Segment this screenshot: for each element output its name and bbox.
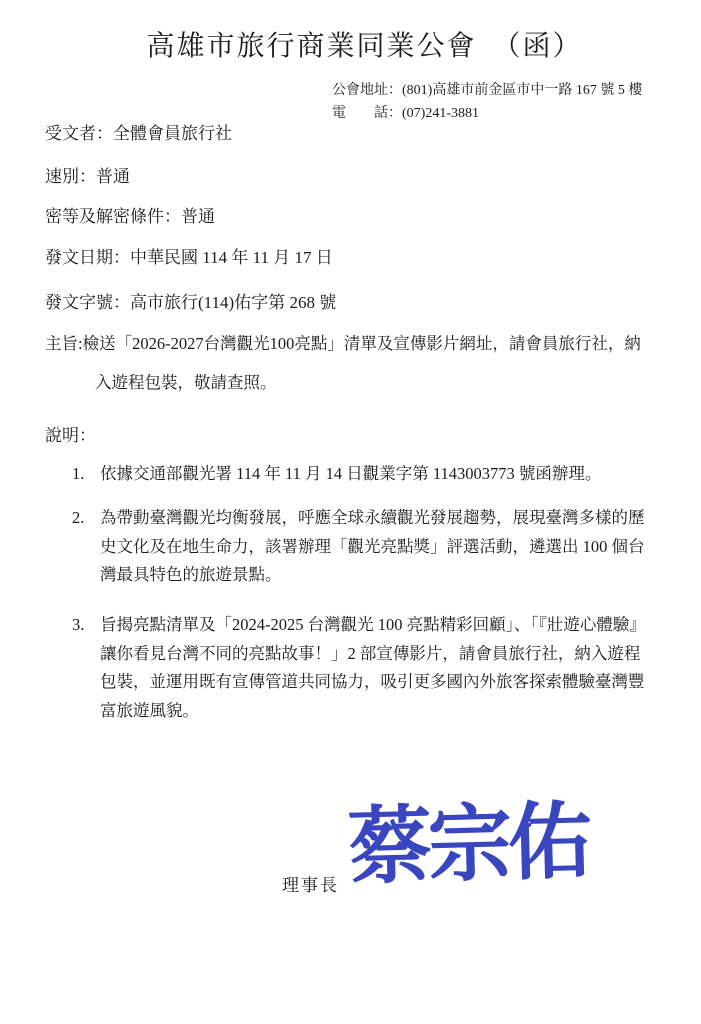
explanation-heading: 說明： [45, 421, 96, 446]
field-priority: 速別：普通 [45, 168, 130, 187]
item-number: 2. [72, 504, 100, 533]
item-line: 灣最具特色的旅遊景點。 [100, 561, 645, 590]
field-recipient: 受文者：全體會員旅行社 [45, 125, 232, 144]
item-line: 為帶動臺灣觀光均衡發展，呼應全球永續觀光發展趨勢，展現臺灣多樣的歷 [100, 504, 645, 533]
item-line: 依據交通部觀光署 114 年 11 月 14 日觀業字第 1143003773 … [100, 460, 601, 489]
signature-name: 蔡宗佑 [347, 790, 590, 901]
item-line: 富旅遊風貌。 [100, 697, 646, 726]
subject-line-1: 主旨:檢送「2026-2027台灣觀光100亮點」清單及宣傳影片網址，請會員旅行… [45, 330, 641, 354]
item-text: 為帶動臺灣觀光均衡發展，呼應全球永續觀光發展趨勢，展現臺灣多樣的歷 史文化及在地… [100, 504, 645, 590]
item-line: 讓你看見台灣不同的亮點故事！」2 部宣傳影片，請會員旅行社，納入遊程 [100, 640, 646, 669]
org-phone: 電 話：(07)241-3881 [332, 102, 642, 125]
explanation-item-3: 3. 旨揭亮點清單及「2024-2025 台灣觀光 100 亮點精彩回顧」、「『… [72, 611, 646, 725]
item-text: 依據交通部觀光署 114 年 11 月 14 日觀業字第 1143003773 … [100, 460, 601, 489]
subject-line-2: 入遊程包裝，敬請查照。 [95, 369, 277, 393]
item-text: 旨揭亮點清單及「2024-2025 台灣觀光 100 亮點精彩回顧」、「『壯遊心… [100, 611, 646, 725]
item-line: 包裝，並運用既有宣傳管道共同協力，吸引更多國內外旅客探索體驗臺灣豐 [100, 668, 646, 697]
item-number: 1. [72, 460, 100, 489]
letter-title: 高雄市旅行商業同業公會 （函） [0, 24, 701, 64]
field-security-level: 密等及解密條件：普通 [45, 208, 215, 227]
org-info-block: 公會地址：(801)高雄市前金區市中一路 167 號 5 樓 電 話：(07)2… [332, 79, 642, 125]
explanation-item-1: 1. 依據交通部觀光署 114 年 11 月 14 日觀業字第 11430037… [72, 460, 601, 489]
item-line: 史文化及在地生命力，該署辦理「觀光亮點獎」評選活動，遴選出 100 個台 [100, 533, 645, 562]
org-address: 公會地址：(801)高雄市前金區市中一路 167 號 5 樓 [332, 79, 642, 102]
document-page: 高雄市旅行商業同業公會 （函） 公會地址：(801)高雄市前金區市中一路 167… [0, 0, 701, 1024]
explanation-item-2: 2. 為帶動臺灣觀光均衡發展，呼應全球永續觀光發展趨勢，展現臺灣多樣的歷 史文化… [72, 504, 645, 590]
item-number: 3. [72, 611, 100, 640]
signature-role-label: 理事長 [282, 871, 339, 896]
field-doc-number: 發文字號：高市旅行(114)佑字第 268 號 [45, 294, 336, 313]
item-line: 旨揭亮點清單及「2024-2025 台灣觀光 100 亮點精彩回顧」、「『壯遊心… [100, 611, 646, 640]
field-issue-date: 發文日期：中華民國 114 年 11 月 17 日 [45, 249, 333, 268]
